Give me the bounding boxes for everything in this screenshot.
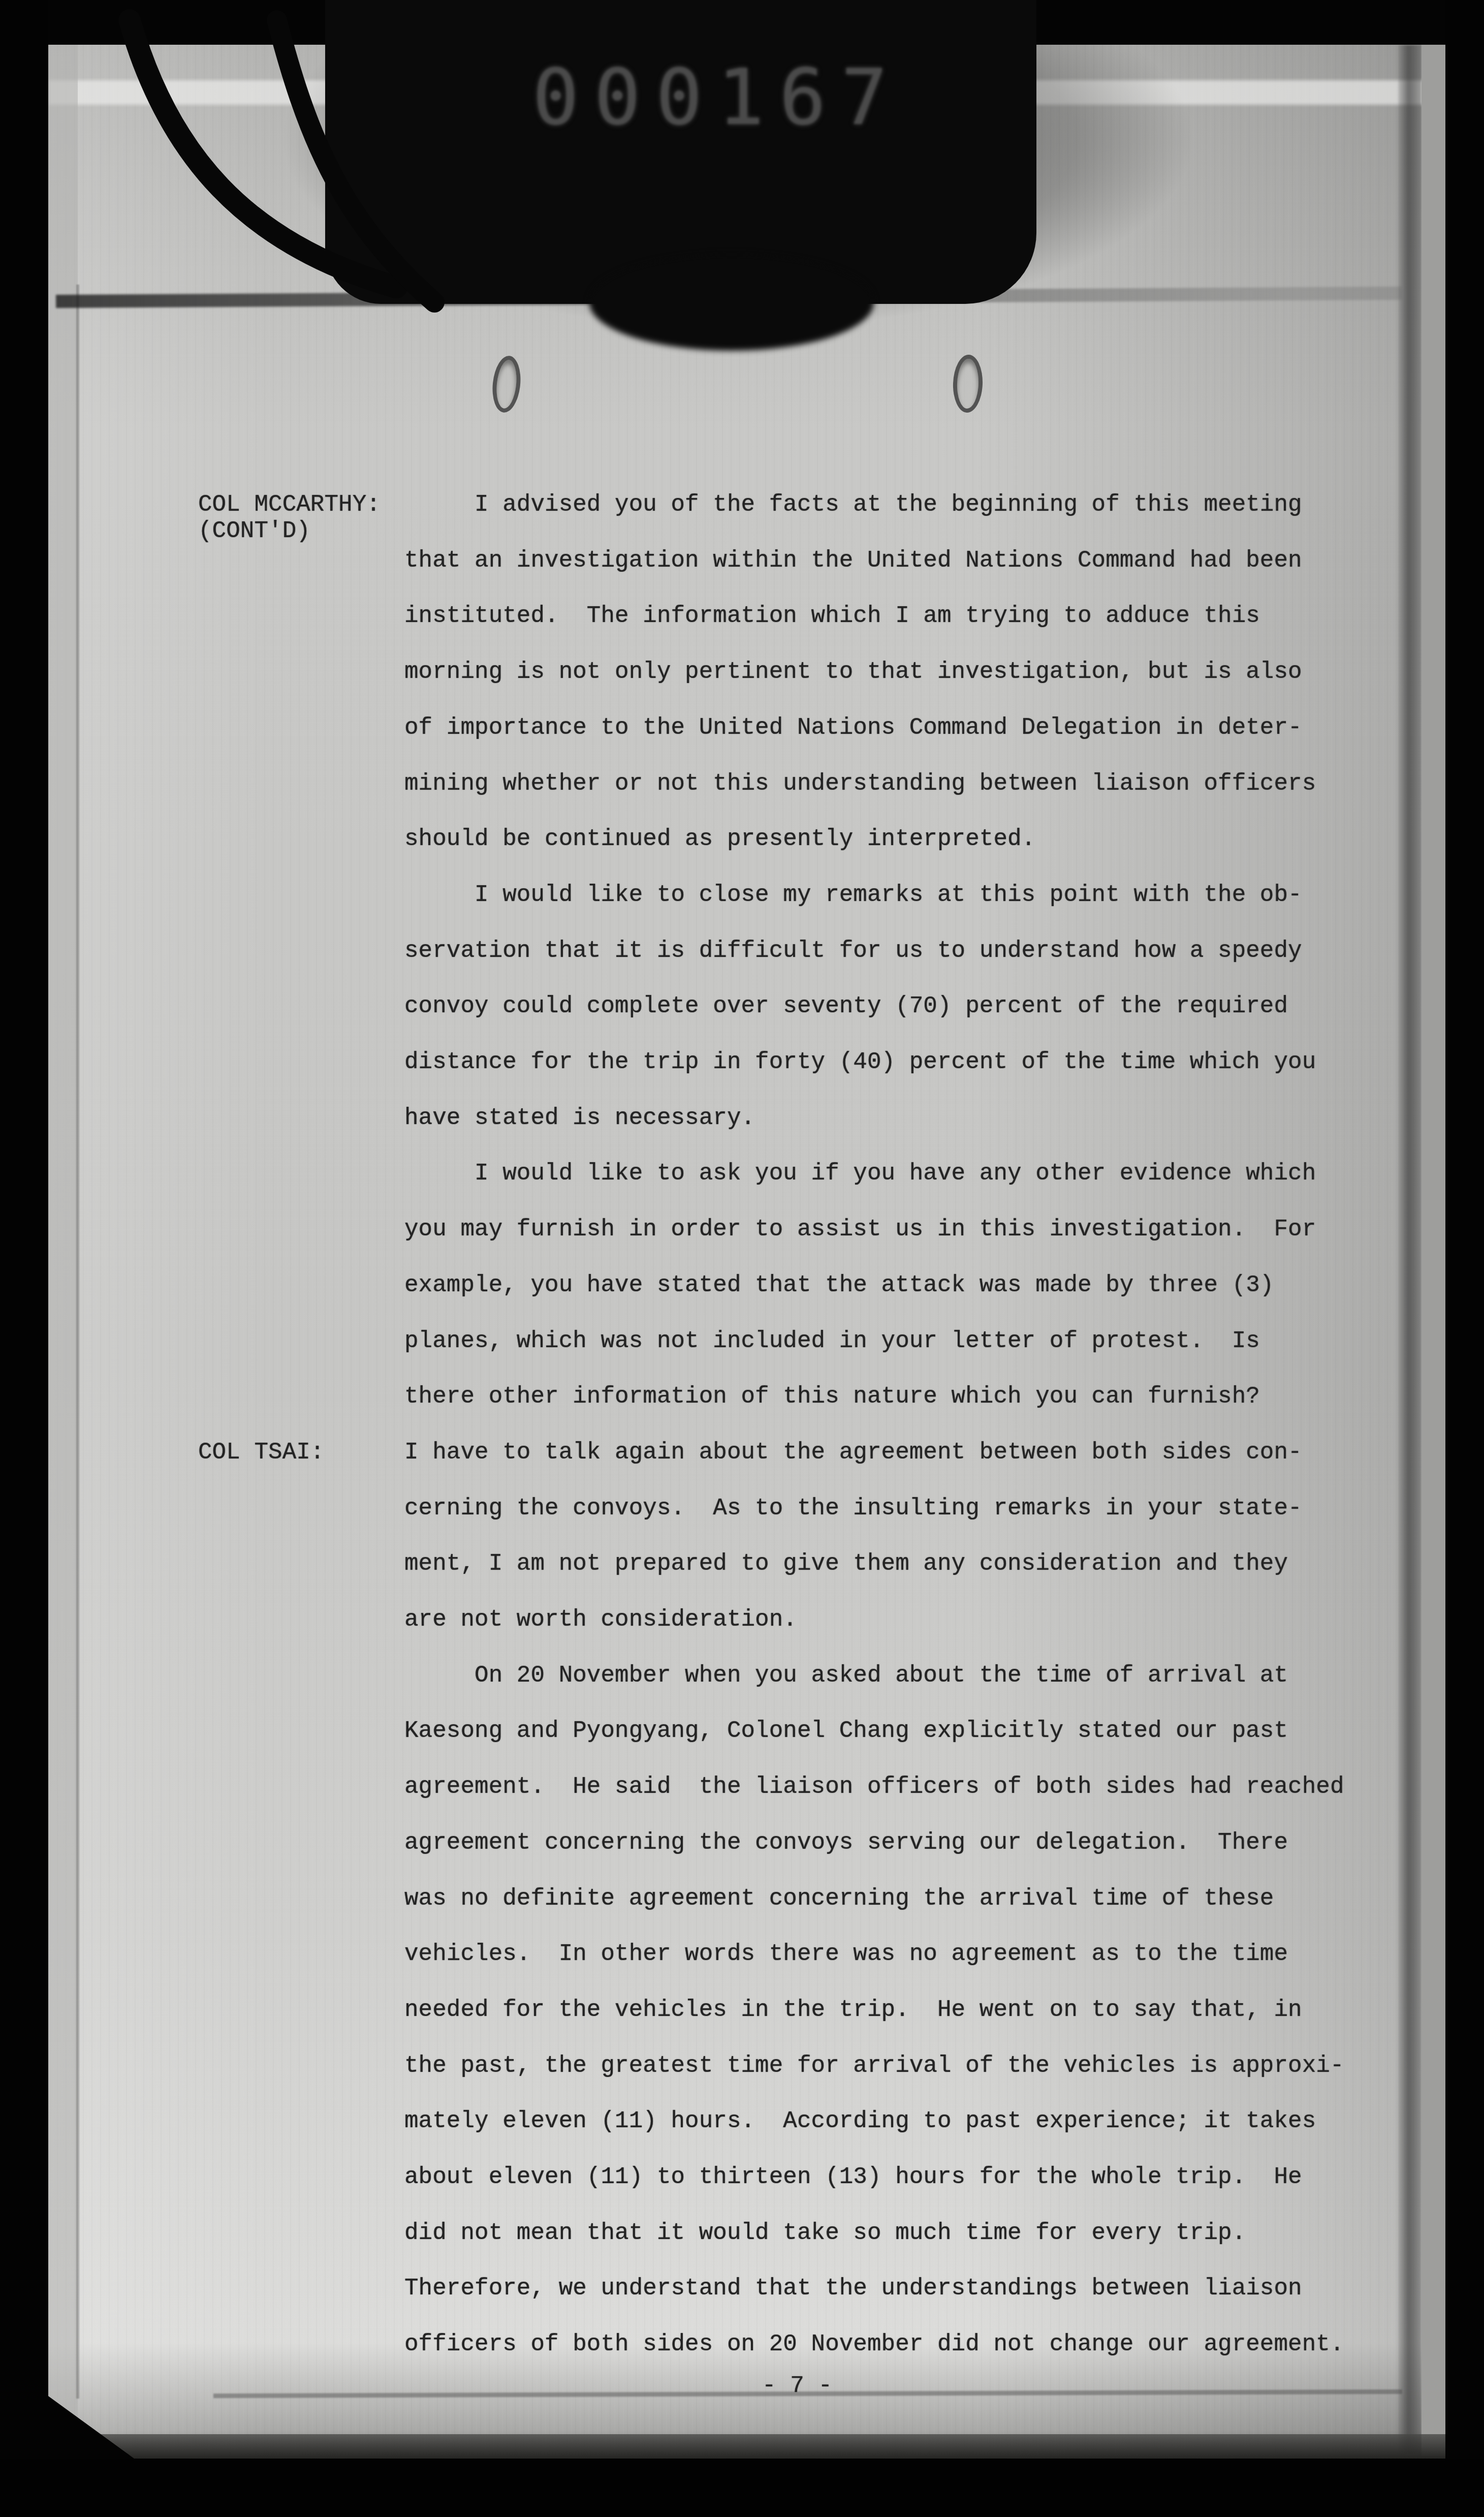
transcript-line: agreement. He said the liaison officers … [404,1773,1344,1800]
transcript-line: instituted. The information which I am t… [404,602,1260,630]
transcript-line: I advised you of the facts at the beginn… [404,491,1302,518]
page-curl-shadow-right [1398,45,1422,2453]
transcript-line: On 20 November when you asked about the … [404,1662,1288,1689]
camera-cable-left [130,20,396,287]
transcript-line: I have to talk again about the agreement… [404,1439,1302,1466]
underlying-sheet-edge-right [1422,45,1445,2456]
transcript-line: convoy could complete over seventy (70) … [404,992,1288,1020]
transcript-line: vehicles. In other words there was no ag… [404,1940,1288,1968]
transcript-line: ment, I am not prepared to give them any… [404,1550,1288,1577]
transcript-line: are not worth consideration. [404,1606,797,1633]
film-border-right [1445,0,1484,2517]
transcript-line: example, you have stated that the attack… [404,1271,1274,1299]
transcript-line: of importance to the United Nations Comm… [404,714,1302,741]
transcript-line: you may furnish in order to assist us in… [404,1216,1316,1243]
transcript-line: agreement concerning the convoys serving… [404,1829,1288,1856]
transcript-line: about eleven (11) to thirteen (13) hours… [404,2163,1302,2191]
speaker-label: COL MCCARTHY: [198,491,381,518]
transcript-line: there other information of this nature w… [404,1383,1260,1410]
transcript-line: officers of both sides on 20 November di… [404,2330,1344,2358]
underlying-sheet-edge-left [48,45,78,2433]
film-border-left [0,0,48,2517]
sheet-edge-line [76,285,79,2399]
transcript-line: planes, which was not included in your l… [404,1327,1260,1355]
transcript-line: was no definite agreement concerning the… [404,1885,1274,1912]
film-border-bottom [0,2459,1484,2517]
transcript-line: mately eleven (11) hours. According to p… [404,2107,1316,2135]
transcript-line: I would like to close my remarks at this… [404,881,1302,909]
transcript-line: the past, the greatest time for arrival … [404,2052,1344,2079]
transcript-line: cerning the convoys. As to the insulting… [404,1495,1302,1522]
transcript-line: that an investigation within the United … [404,547,1302,574]
transcript-line: mining whether or not this understanding… [404,770,1316,797]
transcript-line: have stated is necessary. [404,1104,755,1132]
transcript-line: morning is not only pertinent to that in… [404,658,1302,686]
transcript-line: servation that it is difficult for us to… [404,937,1302,965]
speaker-label: COL TSAI: [198,1439,324,1466]
transcript-line: Therefore, we understand that the unders… [404,2275,1302,2302]
transcript-line: did not mean that it would take so much … [404,2219,1246,2247]
camera-cables [0,0,483,366]
speaker-sublabel: (CONT'D) [198,517,310,545]
microfilm-frame: I advised you of the facts at the beginn… [0,0,1484,2517]
transcript-line: should be continued as presently interpr… [404,825,1035,853]
transcript-line: I would like to ask you if you have any … [404,1160,1316,1187]
transcript-line: needed for the vehicles in the trip. He … [404,1996,1302,2024]
camera-silhouette-bump [589,254,874,351]
transcript-line: distance for the trip in forty (40) perc… [404,1048,1316,1076]
frame-counter-digits: 000167 [532,57,939,143]
page-bottom-shadow [48,2434,1445,2459]
page-number: - 7 - [762,2372,832,2400]
transcript-line: Kaesong and Pyongyang, Colonel Chang exp… [404,1717,1288,1745]
